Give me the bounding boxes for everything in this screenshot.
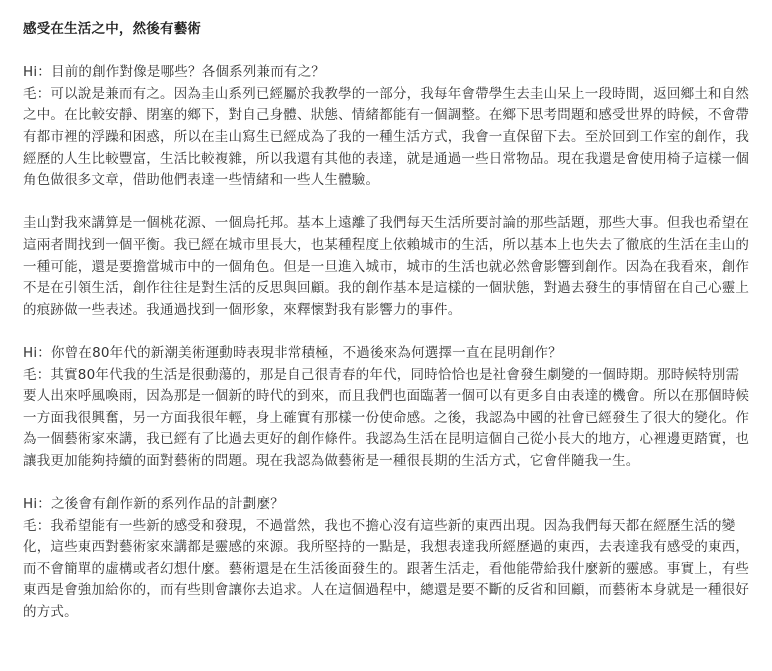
qa-block-3: Hi：你曾在80年代的新潮美術運動時表現非常積極，不過後來為何選擇一直在昆明創作… — [23, 343, 752, 473]
interview-answer: 毛：我希望能有一些新的感受和發現，不過當然，我也不擔心沒有這些新的東西出現。因為… — [23, 516, 752, 624]
interview-answer: 圭山對我來講算是一個桃花源、一個烏托邦。基本上遠離了我們每天生活所要討論的那些話… — [23, 213, 752, 321]
interview-question: Hi：目前的創作對像是哪些？各個系列兼而有之？ — [23, 62, 752, 84]
article-title: 感受在生活之中，然後有藝術 — [23, 19, 752, 41]
qa-block-4: Hi：之後會有創作新的系列作品的計劃麼？ 毛：我希望能有一些新的感受和發現，不過… — [23, 494, 752, 624]
qa-block-1: Hi：目前的創作對像是哪些？各個系列兼而有之？ 毛：可以說是兼而有之。因為圭山系… — [23, 62, 752, 192]
qa-block-2: 圭山對我來講算是一個桃花源、一個烏托邦。基本上遠離了我們每天生活所要討論的那些話… — [23, 213, 752, 321]
interview-answer: 毛：其實80年代我的生活是很動蕩的，那是自己很青春的年代，同時恰恰也是社會發生劇… — [23, 365, 752, 473]
interview-question: Hi：之後會有創作新的系列作品的計劃麼？ — [23, 494, 752, 516]
interview-answer: 毛：可以說是兼而有之。因為圭山系列已經屬於我教學的一部分，我每年會帶學生去圭山呆… — [23, 84, 752, 192]
interview-article: 感受在生活之中，然後有藝術 Hi：目前的創作對像是哪些？各個系列兼而有之？ 毛：… — [0, 0, 772, 624]
interview-question: Hi：你曾在80年代的新潮美術運動時表現非常積極，不過後來為何選擇一直在昆明創作… — [23, 343, 752, 365]
